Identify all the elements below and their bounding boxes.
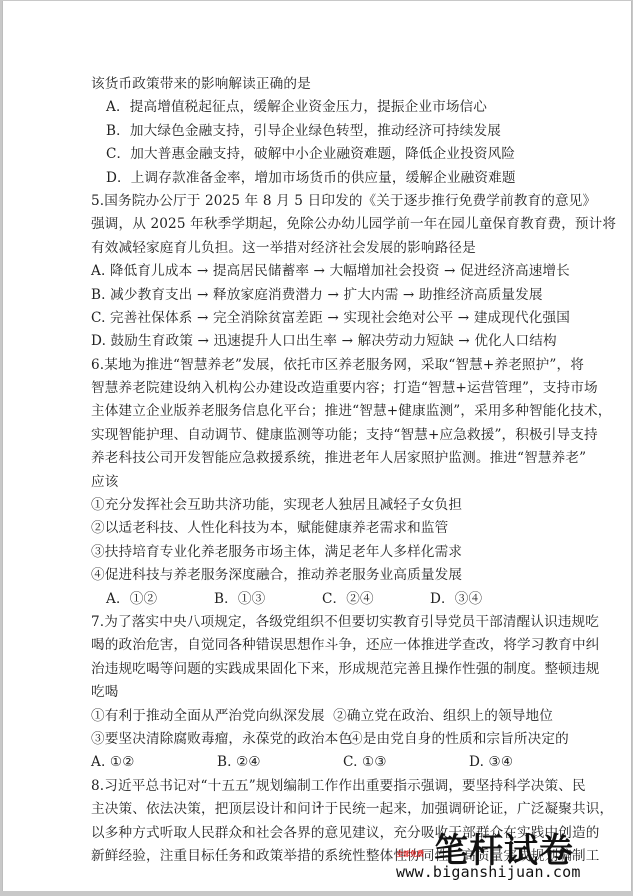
q7-stem-line: 吃喝 — [91, 681, 553, 704]
q4-stem-tail: 该货币政策带来的影响解读正确的是 — [91, 73, 553, 96]
watermark-url: www.biganshijuan.com — [396, 863, 581, 881]
q7-stem-line: 喝的政治危害，自觉同各种错误思想作斗争，还应一体推进学查改，将学习教育中纠 — [91, 634, 553, 657]
q7-stem-line: 治违规吃喝等问题的实践成果固化下来，形成规范完善且操作性强的制度。整顿违规 — [91, 658, 553, 681]
q7-statement-3: ③要坚决清除腐败毒瘤，永葆党的政治本色 — [91, 728, 349, 751]
q5-stem-line: 强调，从 2025 年秋季学期起，免除公办幼儿园学前一年在园儿童保育教育费，预计… — [91, 213, 553, 236]
q7-choices: A. ①② B. ②④ C. ①③ D. ③④ — [91, 751, 553, 774]
page-content: 该货币政策带来的影响解读正确的是 A．提高增值税起征点，缓解企业资金压力，提振企… — [91, 73, 553, 868]
q6-statement-4: ④促进科技与养老服务深度融合，推动养老服务业高质量发展 — [91, 564, 553, 587]
q6-statement-3: ③扶持培育专业化养老服务市场主体，满足老年人多样化需求 — [91, 541, 553, 564]
page-number: 2 — [316, 801, 322, 811]
q6-stem-line: 应该 — [91, 471, 553, 494]
q6-choice-d: D．③④ — [430, 588, 482, 611]
q8-stem-line: 8.习近平总书记对“十五五”规划编制工作作出重要指示强调，要坚持科学决策、民 — [91, 775, 553, 798]
q6-choice-b: B．①③ — [214, 588, 322, 611]
q7-statement-4: ④是由党自身的性质和宗旨所决定的 — [349, 728, 569, 751]
q6-stem-line: 6.某地为推进“智慧养老”发展，依托市区养老服务网，采取“智慧+养老照护”，将 — [91, 354, 553, 377]
q4-option-c: C．加大普惠金融支持，破解中小企业融资难题，降低企业投资风险 — [91, 143, 553, 166]
q4-option-a: A．提高增值税起征点，缓解企业资金压力，提振企业市场信心 — [91, 96, 553, 119]
q6-stem-line: 智慧养老院建设纳入机构公办建设改造重要内容；打造“智慧+运营管理”，支持市场 — [91, 377, 553, 400]
q8-stem-line: 主决策、依法决策，把顶层设计和问计于民统一起来，加强调研论证，广泛凝聚共识， — [91, 798, 553, 821]
document-page: 该货币政策带来的影响解读正确的是 A．提高增值税起征点，缓解企业资金压力，提振企… — [2, 1, 632, 891]
q7-statements-row-2: ③要坚决清除腐败毒瘤，永葆党的政治本色 ④是由党自身的性质和宗旨所决定的 — [91, 728, 553, 751]
q6-stem-line: 养老科技公司开发智能应急救援系统，推进老年人居家照护监测。推进“智慧养老” — [91, 447, 553, 470]
q7-statement-2: ②确立党在政治、组织上的领导地位 — [333, 705, 553, 728]
q7-statements-row-1: ①有利于推动全面从严治党向纵深发展 ②确立党在政治、组织上的领导地位 — [91, 705, 553, 728]
q5-option-b: B. 减少教育支出 → 释放家庭消费潜力 → 扩大内需 → 助推经济高质量发展 — [91, 284, 553, 307]
q6-statement-1: ①充分发挥社会互助共济功能，实现老人独居且减轻子女负担 — [91, 494, 553, 517]
q7-stem-line: 7.为了落实中央八项规定，各级党组织不但要切实教育引导党员干部清醒认识违规吃 — [91, 611, 553, 634]
watermark-free-tag: 全部免费 — [396, 849, 424, 859]
q7-statement-1: ①有利于推动全面从严治党向纵深发展 — [91, 705, 333, 728]
q6-stem-line: 实现智能护理、自动调节、健康监测等功能；支持“智慧+应急救援”，积极引导支持 — [91, 424, 553, 447]
q5-stem-line: 有效减轻家庭育儿负担。这一举措对经济社会发展的影响路径是 — [91, 237, 553, 260]
q5-option-c: C. 完善社保体系 → 完全消除贫富差距 → 实现社会绝对公平 → 建成现代化强… — [91, 307, 553, 330]
q6-choice-a: A．①② — [106, 588, 214, 611]
q7-choice-b: B. ②④ — [217, 751, 343, 774]
q6-stem-line: 主体建立企业版养老服务信息化平台；推进“智慧+健康监测”，采用多种智能化技术， — [91, 400, 553, 423]
q7-choice-d: D. ③④ — [469, 751, 513, 774]
q5-option-a: A. 降低育儿成本 → 提高居民储蓄率 → 大幅增加社会投资 → 促进经济高速增… — [91, 260, 553, 283]
q5-stem-line: 5.国务院办公厅于 2025 年 8 月 5 日印发的《关于逐步推行免费学前教育… — [91, 190, 553, 213]
q5-option-d: D. 鼓励生育政策 → 迅速提升人口出生率 → 解决劳动力短缺 → 优化人口结构 — [91, 330, 553, 353]
q7-choice-a: A. ①② — [91, 751, 217, 774]
q6-statement-2: ②以适老科技、人性化科技为本，赋能健康养老需求和监管 — [91, 517, 553, 540]
q4-option-d: D．上调存款准备金率，增加市场货币的供应量，缓解企业融资难题 — [91, 167, 553, 190]
q6-choices: A．①② B．①③ C．②④ D．③④ — [91, 588, 553, 611]
q4-option-b: B．加大绿色金融支持，引导企业绿色转型，推动经济可持续发展 — [91, 120, 553, 143]
q7-choice-c: C. ①③ — [343, 751, 469, 774]
q6-choice-c: C．②④ — [322, 588, 430, 611]
